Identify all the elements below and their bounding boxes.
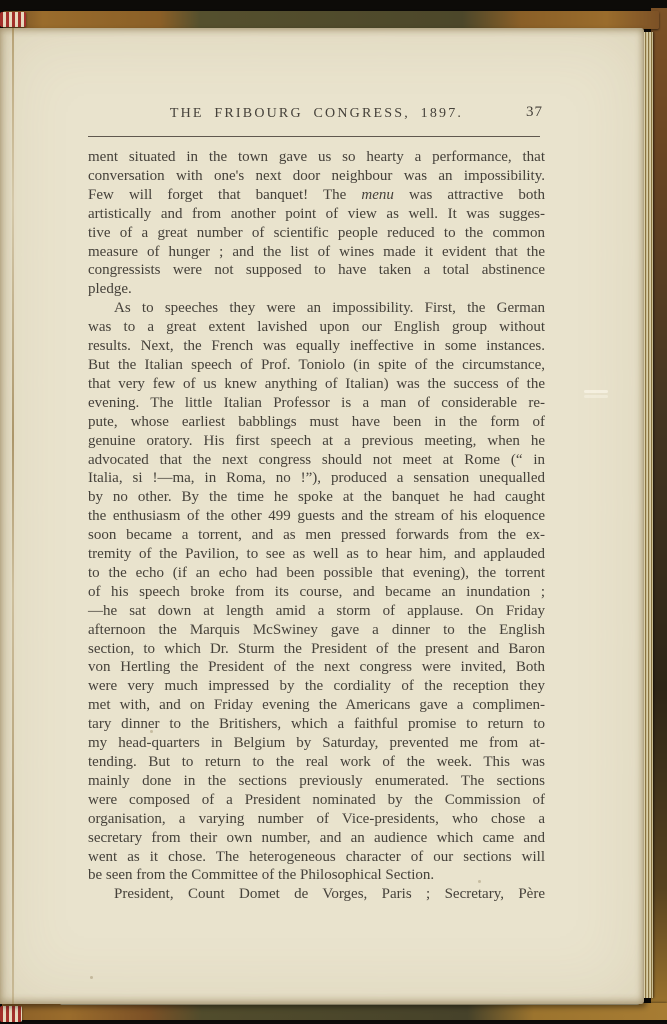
text-line: pute, whose earliest babblings must have… [88,413,545,432]
text-line: pledge. [88,280,545,299]
headband-top [0,12,26,27]
body-text: ment situated in the town gave us so hea… [88,148,545,904]
book-photo: THE FRIBOURG CONGRESS, 1897. 37 ment sit… [0,0,667,1024]
text-line: tive of a great number of scientific peo… [88,224,545,243]
text-line: Italia, si !—ma, in Roma, no !”), produc… [88,469,545,488]
running-header-title: THE FRIBOURG CONGRESS, 1897. [170,106,463,121]
text-line: genuine oratory. His first speech at a p… [88,432,545,451]
page-edge-stack [644,32,653,998]
text-line: tending. But to return to the real work … [88,753,545,772]
text-line: conversation with one's next door neighb… [88,167,545,186]
text-line: section, to which Dr. Sturm the Presiden… [88,640,545,659]
paragraph: As to speeches they were an impossibilit… [88,299,545,885]
text-line: evening. The little Italian Professor is… [88,394,545,413]
text-line: were very much impressed by the cordiali… [88,677,545,696]
paragraph: ment situated in the town gave us so hea… [88,148,545,299]
text-line: As to speeches they were an impossibilit… [88,299,545,318]
text-line: results. Next, the French was equally in… [88,337,545,356]
text-line: went as it chose. The heterogeneous char… [88,848,545,867]
text-line: congressists were not supposed to have t… [88,261,545,280]
text-line: met with, and on Friday evening the Amer… [88,696,545,715]
text-line: my head-quarters in Belgium by Saturday,… [88,734,545,753]
text-line: measure of hunger ; and the list of wine… [88,243,545,262]
page-content: THE FRIBOURG CONGRESS, 1897. 37 ment sit… [88,104,545,904]
text-line: Few will forget that banquet! The menu w… [88,186,545,205]
text-line: soon became a torrent, and as men presse… [88,526,545,545]
text-line: by no other. By the time he spoke at the… [88,488,545,507]
running-header: THE FRIBOURG CONGRESS, 1897. 37 [88,104,545,124]
text-line: of his speech broke from its course, and… [88,583,545,602]
paragraph: President, Count Domet de Vorges, Paris … [88,885,545,904]
text-line: afternoon the Marquis McSwiney gave a di… [88,621,545,640]
text-line: advocated that the next congress should … [88,451,545,470]
text-line: artistically and from another point of v… [88,205,545,224]
text-line: be seen from the Committee of the Philos… [88,866,545,885]
book-cover-top-edge [3,11,659,29]
text-line: ment situated in the town gave us so hea… [88,148,545,167]
paper-scratch [584,390,608,393]
text-line: von Hertling the President of the next c… [88,658,545,677]
text-line: the enthusiasm of the other 499 guests a… [88,507,545,526]
header-rule [88,136,540,137]
text-line: were composed of a President nominated b… [88,791,545,810]
page-number: 37 [526,104,543,121]
text-line: to the echo (if an echo had been possibl… [88,564,545,583]
text-line: that very few of us knew anything of Ita… [88,375,545,394]
page-gutter-crease [12,28,14,1004]
text-line: secretary from their own number, and an … [88,829,545,848]
text-line: was to a great extent lavished upon our … [88,318,545,337]
book-cover-right-edge [651,8,667,1008]
text-line: tary dinner to the Britishers, which a f… [88,715,545,734]
text-line: But the Italian speech of Prof. Toniolo … [88,356,545,375]
paper-speck [90,976,93,979]
text-line: tremity of the Pavilion, to see as well … [88,545,545,564]
text-line: organisation, a varying number of Vice-p… [88,810,545,829]
text-line: —he sat down at length amid a storm of a… [88,602,545,621]
text-line: President, Count Domet de Vorges, Paris … [88,885,545,904]
text-line: mainly done in the sections previously e… [88,772,545,791]
headband-bottom [0,1006,22,1022]
book-page: THE FRIBOURG CONGRESS, 1897. 37 ment sit… [0,28,644,1004]
book-cover-bottom-edge [2,1003,667,1020]
